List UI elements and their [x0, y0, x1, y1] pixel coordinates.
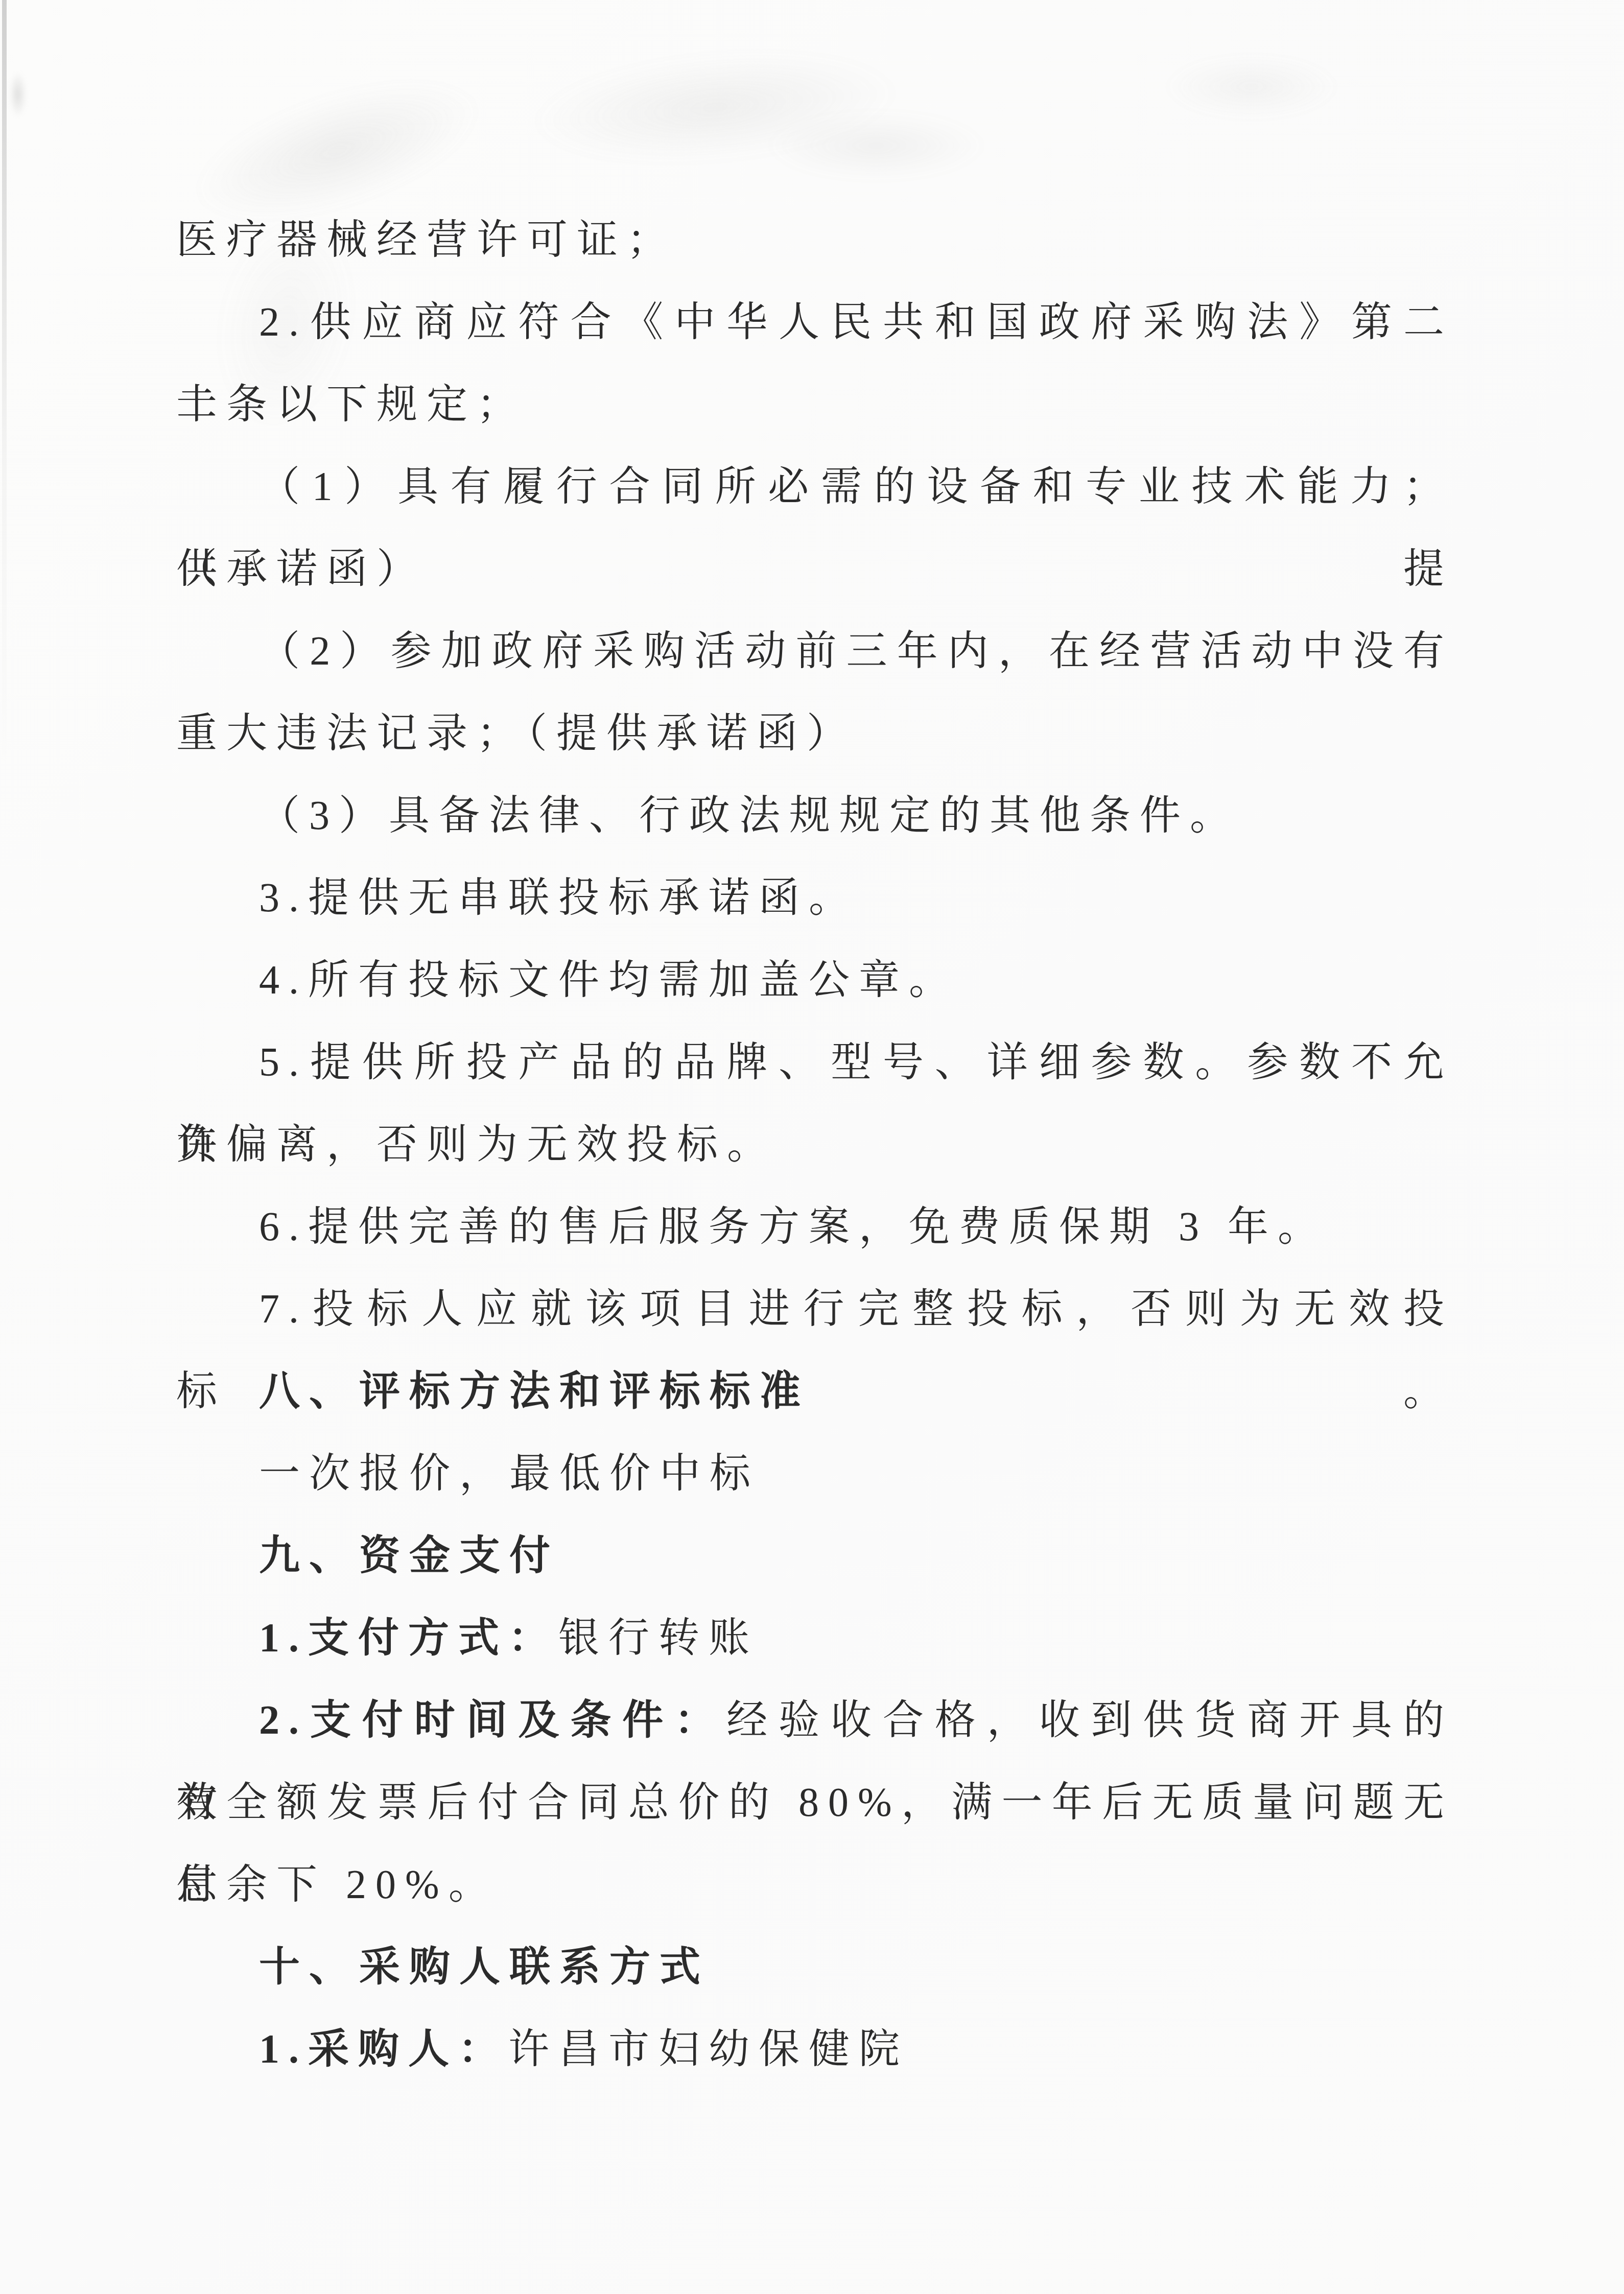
scan-corner-smudge — [9, 72, 27, 117]
text-line-payment-terms-cont1: 效全额发票后付合同总价的 80%，满一年后无质量问题无息 — [176, 1762, 1453, 1844]
line-text: 重大违法记录；（提供承诺函） — [176, 711, 857, 756]
heading-fund-payment: 九、资金支付 — [176, 1515, 1453, 1597]
heading-text: 九、资金支付 — [259, 1533, 559, 1578]
text-line-purchaser: 1.采购人：许昌市妇幼保健院 — [176, 2008, 1453, 2091]
text-line-lowest-price: 一次报价，最低价中标 — [176, 1433, 1453, 1515]
heading-purchaser-contact: 十、采购人联系方式 — [176, 1926, 1453, 2008]
text-line-payment-method: 1.支付方式：银行转账 — [176, 1597, 1453, 1680]
text-line-parameters: 5.提供所投产品的品牌、型号、详细参数。参数不允许 — [176, 1022, 1453, 1104]
text-line-supplier-rule: 2.供应商应符合《中华人民共和国政府采购法》第二十 — [176, 281, 1453, 364]
scan-edge-artifact — [2, 0, 7, 766]
text-line-item2: （2）参加政府采购活动前三年内，在经营活动中没有 — [176, 610, 1453, 693]
text-line-license: 医疗器械经营许可证； — [176, 199, 1453, 281]
payment-terms-label: 2.支付时间及条件： — [259, 1698, 726, 1743]
line-text: 供承诺函） — [176, 547, 427, 592]
text-line-supplier-rule-cont: 二条以下规定； — [176, 364, 1453, 446]
line-text: 医疗器械经营许可证； — [176, 218, 677, 263]
text-line-seal: 4.所有投标文件均需加盖公章。 — [176, 939, 1453, 1022]
line-text: 负偏离，否则为无效投标。 — [176, 1122, 777, 1167]
document-body: 医疗器械经营许可证； 2.供应商应符合《中华人民共和国政府采购法》第二十 二条以… — [176, 199, 1453, 2091]
line-text: （2）参加政府采购活动前三年内，在经营活动中没有 — [259, 629, 1453, 674]
text-line-item3: （3）具备法律、行政法规规定的其他条件。 — [176, 775, 1453, 857]
purchaser-value: 许昌市妇幼保健院 — [508, 2027, 909, 2072]
text-line-complete-bid: 7.投标人应就该项目进行完整投标，否则为无效投标。 — [176, 1268, 1453, 1351]
ink-bleed-smudge — [528, 40, 903, 174]
text-line-aftersales: 6.提供完善的售后服务方案，免费质保期 3 年。 — [176, 1186, 1453, 1268]
text-line-item1: （1）具有履行合同所必需的设备和专业技术能力；（提 — [176, 446, 1453, 528]
text-line-no-collusion: 3.提供无串联投标承诺函。 — [176, 857, 1453, 939]
purchaser-label: 1.采购人： — [259, 2027, 508, 2072]
line-text: 4.所有投标文件均需加盖公章。 — [259, 958, 959, 1003]
payment-method-value: 银行转账 — [558, 1616, 759, 1661]
line-text: 付余下 20%。 — [176, 1862, 499, 1907]
ink-bleed-smudge — [766, 112, 986, 179]
heading-text: 十、采购人联系方式 — [259, 1945, 710, 1990]
line-text: 一次报价，最低价中标 — [259, 1451, 760, 1496]
line-text: 3.提供无串联投标承诺函。 — [259, 876, 859, 920]
text-line-payment-terms: 2.支付时间及条件：经验收合格，收到供货商开具的有 — [176, 1680, 1453, 1762]
line-text: 二条以下规定； — [176, 382, 527, 427]
line-text: 6.提供完善的售后服务方案，免费质保期 3 年。 — [259, 1204, 1328, 1249]
line-text: （3）具备法律、行政法规规定的其他条件。 — [259, 793, 1240, 838]
scanned-document-page: 医疗器械经营许可证； 2.供应商应符合《中华人民共和国政府采购法》第二十 二条以… — [0, 0, 1624, 2294]
payment-method-label: 1.支付方式： — [259, 1616, 558, 1661]
ink-bleed-smudge — [1165, 56, 1338, 117]
text-line-parameters-cont: 负偏离，否则为无效投标。 — [176, 1104, 1453, 1186]
text-line-payment-terms-cont2: 付余下 20%。 — [176, 1844, 1453, 1926]
text-line-item2-cont: 重大违法记录；（提供承诺函） — [176, 693, 1453, 775]
heading-text: 八、评标方法和评标标准 — [259, 1369, 810, 1414]
